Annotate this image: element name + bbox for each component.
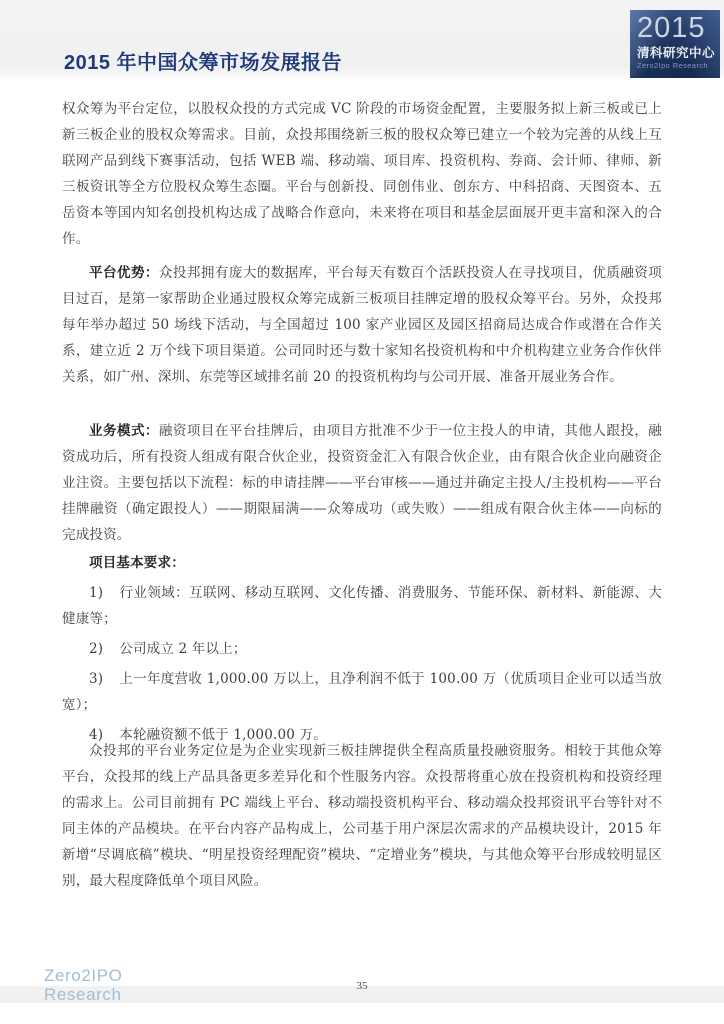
page-number: 35 bbox=[0, 980, 724, 992]
requirement-item-2-number: 2) bbox=[89, 641, 103, 657]
badge-org-name-cn: 清科研究中心 bbox=[637, 46, 720, 61]
badge-year: 2015 bbox=[637, 13, 720, 44]
requirements-heading: 项目基本要求： bbox=[62, 550, 662, 576]
requirement-item-3: 3)上一年度营收 1,000.00 万以上，且净利润不低于 100.00 万（优… bbox=[62, 666, 662, 718]
requirement-item-1-number: 1) bbox=[89, 585, 103, 601]
brand-badge: 2015 清科研究中心 Zero2Ipo Research bbox=[630, 10, 720, 78]
paragraph-business-model-text: 融资项目在平台挂牌后，由项目方批准不少于一位主投人的申请，其他人跟投，融资成功后… bbox=[62, 423, 662, 543]
badge-org-name-en: Zero2Ipo Research bbox=[637, 61, 720, 71]
requirement-item-1-text: 行业领域：互联网、移动互联网、文化传播、消费服务、节能环保、新材料、新能源、大健… bbox=[62, 585, 662, 627]
requirement-item-1: 1)行业领域：互联网、移动互联网、文化传播、消费服务、节能环保、新材料、新能源、… bbox=[62, 580, 662, 632]
section-label-platform-advantage: 平台优势： bbox=[89, 265, 159, 281]
paragraph-platform-advantage-text: 众投邦拥有庞大的数据库，平台每天有数百个活跃投资人在寻找项目，优质融资项目过百，… bbox=[62, 265, 662, 385]
section-label-business-model: 业务模式： bbox=[89, 423, 159, 439]
report-title: 2015 年中国众筹市场发展报告 bbox=[64, 46, 342, 75]
requirement-item-2-text: 公司成立 2 年以上； bbox=[119, 641, 246, 657]
requirement-item-3-text: 上一年度营收 1,000.00 万以上，且净利润不低于 100.00 万（优质项… bbox=[62, 671, 662, 713]
paragraph-positioning: 众投邦的平台业务定位是为企业实现新三板挂牌提供全程高质量投融资服务。相较于其他众… bbox=[62, 738, 662, 894]
paragraph-intro: 权众筹为平台定位，以股权众投的方式完成 VC 阶段的市场资金配置，主要服务拟上新… bbox=[62, 96, 662, 252]
requirement-item-3-number: 3) bbox=[89, 671, 103, 687]
paragraph-platform-advantage: 平台优势：众投邦拥有庞大的数据库，平台每天有数百个活跃投资人在寻找项目，优质融资… bbox=[62, 260, 662, 390]
paragraph-business-model: 业务模式：融资项目在平台挂牌后，由项目方批准不少于一位主投人的申请，其他人跟投，… bbox=[62, 418, 662, 548]
report-page: 2015 年中国众筹市场发展报告 2015 清科研究中心 Zero2Ipo Re… bbox=[0, 0, 724, 1024]
requirement-item-2: 2)公司成立 2 年以上； bbox=[62, 636, 662, 662]
project-requirements-section: 项目基本要求： 1)行业领域：互联网、移动互联网、文化传播、消费服务、节能环保、… bbox=[62, 550, 662, 748]
